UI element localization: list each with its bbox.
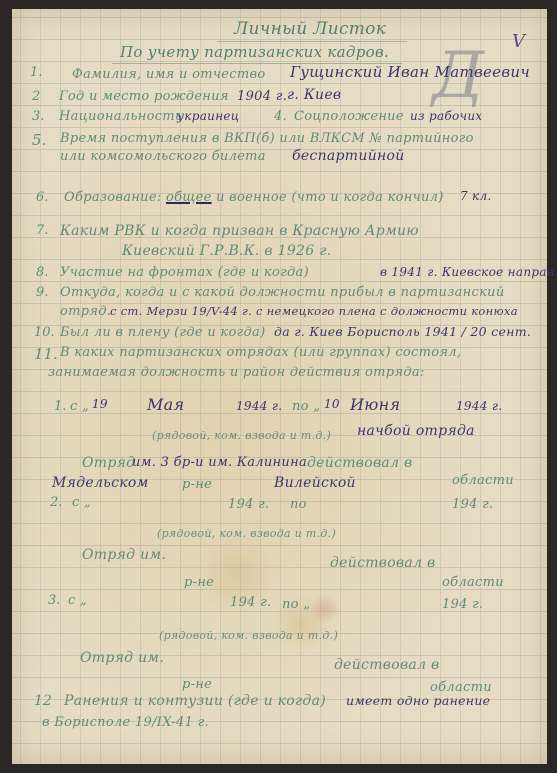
field-label-education: Образование: общее и военное (что и когд…	[64, 190, 444, 205]
field-value-conscription: Киевский Г.Р.В.К. в 1926 г.	[122, 243, 331, 259]
education-label: Образование:	[64, 190, 162, 205]
entry-region-label: области	[452, 473, 514, 488]
field-number: 11.	[34, 345, 58, 363]
field-value-education: 7 кл.	[460, 189, 492, 203]
entry-unit-prefix: Отряд им.	[80, 650, 164, 666]
entry-district-label: р-не	[182, 477, 212, 492]
entry-number: 1.	[54, 399, 66, 414]
field-number: 8.	[36, 265, 48, 280]
entry-to-month: Июня	[350, 395, 400, 414]
entry-from-year: 194 г.	[228, 497, 269, 512]
entry-from-day: 19	[92, 397, 108, 411]
field-value-party: беспартийной	[292, 148, 405, 164]
field-label-detachments-cont: занимаемая должность и район действия от…	[48, 365, 425, 380]
document-sheet: Личный Листок По учету партизанских кадр…	[12, 9, 547, 764]
field-number: 12	[34, 693, 52, 709]
page-subtitle: По учету партизанских кадров.	[120, 43, 389, 61]
field-label-party-cont: или комсомольского билета	[60, 149, 266, 164]
entry-from-prefix: с „	[72, 495, 91, 510]
field-label-nationality: Национальность	[59, 109, 182, 124]
entry-acted-label: действовал в	[334, 657, 439, 673]
entry-region-label: области	[442, 575, 504, 590]
entry-from-year: 1944 г.	[236, 399, 282, 413]
education-general-underlined: общее	[166, 190, 212, 205]
field-value-captivity: да г. Киев Борисполь 1941 / 20 сент.	[274, 324, 531, 339]
entry-region: Вилейской	[274, 475, 356, 491]
field-value-front: в 1941 г. Киевское направление	[380, 265, 557, 279]
entry-from-month: Мая	[147, 395, 184, 414]
entry-acted-label: действовал в	[330, 555, 435, 571]
entry-from-prefix: с „	[70, 399, 89, 414]
field-value-arrival: с ст. Мерзи 19/V-44 г. с немецкого плена…	[110, 304, 518, 318]
entry-number: 3.	[48, 593, 60, 608]
field-label-arrival: Откуда, когда и с какой должности прибыл…	[60, 285, 505, 300]
entry-acted-label: действовал в	[307, 455, 412, 471]
field-label-wounds: Ранения и контузии (где и когда)	[64, 693, 326, 709]
field-label-birth: Год и место рождения	[59, 89, 229, 104]
entry-from-prefix: с „	[68, 593, 87, 608]
entry-number: 2.	[50, 495, 62, 510]
field-number: 10.	[34, 325, 55, 340]
entry-unit-prefix: Отряд им.	[82, 547, 166, 563]
entry-to-year: 1944 г.	[456, 399, 502, 413]
entry-to-prefix: по	[290, 497, 307, 512]
entry-unit-prefix: Отряд	[82, 455, 135, 471]
entry-district-label: р-не	[184, 575, 214, 590]
field-number: 6.	[36, 190, 48, 205]
field-label-party: Время поступления в ВКП(б) или ВЛКСМ № п…	[60, 131, 474, 146]
field-label-conscription: Каким РВК и когда призван в Красную Арми…	[60, 223, 419, 239]
entry-to-year: 194 г.	[442, 597, 483, 612]
field-number: 7.	[36, 223, 48, 238]
field-number: 4.	[274, 109, 287, 124]
entry-position: начбой отряда	[357, 423, 475, 439]
field-label-front: Участие на фронтах (где и когда)	[60, 265, 309, 280]
entry-to-prefix: по „	[292, 399, 320, 414]
field-value-social: из рабочих	[410, 109, 482, 123]
field-value-nationality: украинец	[177, 109, 239, 123]
field-number: 9.	[36, 285, 48, 300]
education-label-post: и военное (что и когда кончил)	[216, 190, 444, 205]
field-value-birth-place: г. Киев	[287, 87, 341, 103]
entry-to-year: 194 г.	[452, 497, 493, 512]
entry-position-hint: (рядовой, ком. взвода и т.д.)	[157, 527, 336, 540]
field-number: 1.	[30, 65, 42, 80]
field-label-social: Соцположение	[294, 109, 404, 124]
paper-stain	[310, 594, 340, 624]
field-value-birth-year: 1904 г.	[237, 89, 287, 104]
entry-to-day: 10	[324, 397, 340, 411]
entry-unit: им. 3 бр-и им. Калинина	[132, 455, 307, 470]
entry-to-prefix: по „	[282, 597, 310, 612]
field-number: 2	[32, 89, 40, 104]
entry-district: Мядельском	[52, 475, 149, 491]
page-title: Личный Листок	[234, 19, 386, 39]
field-value-wounds-cont: в Борисполе 19/IX-41 г.	[42, 715, 209, 730]
entry-district-label: р-не	[182, 677, 212, 692]
field-number: 5.	[32, 131, 46, 149]
entry-position-hint: (рядовой, ком. взвода и т.д.)	[159, 629, 338, 642]
field-label-captivity: Был ли в плену (где и когда)	[60, 325, 265, 340]
field-value-wounds: имеет одно ранение	[346, 693, 490, 708]
entry-position-hint: (рядовой, ком. взвода и т.д.)	[152, 429, 331, 442]
entry-from-year: 194 г.	[230, 595, 271, 610]
title-rule	[217, 41, 407, 42]
field-label-arrival-cont: отряд.	[60, 304, 111, 319]
check-mark: V	[512, 31, 525, 52]
field-value-name: Гущинский Иван Матвеевич	[290, 63, 530, 81]
field-label-detachments: В каких партизанских отрядах (или группа…	[60, 345, 461, 360]
field-label-name: Фамилия, имя и отчество	[72, 67, 265, 82]
field-number: 3.	[32, 109, 44, 124]
